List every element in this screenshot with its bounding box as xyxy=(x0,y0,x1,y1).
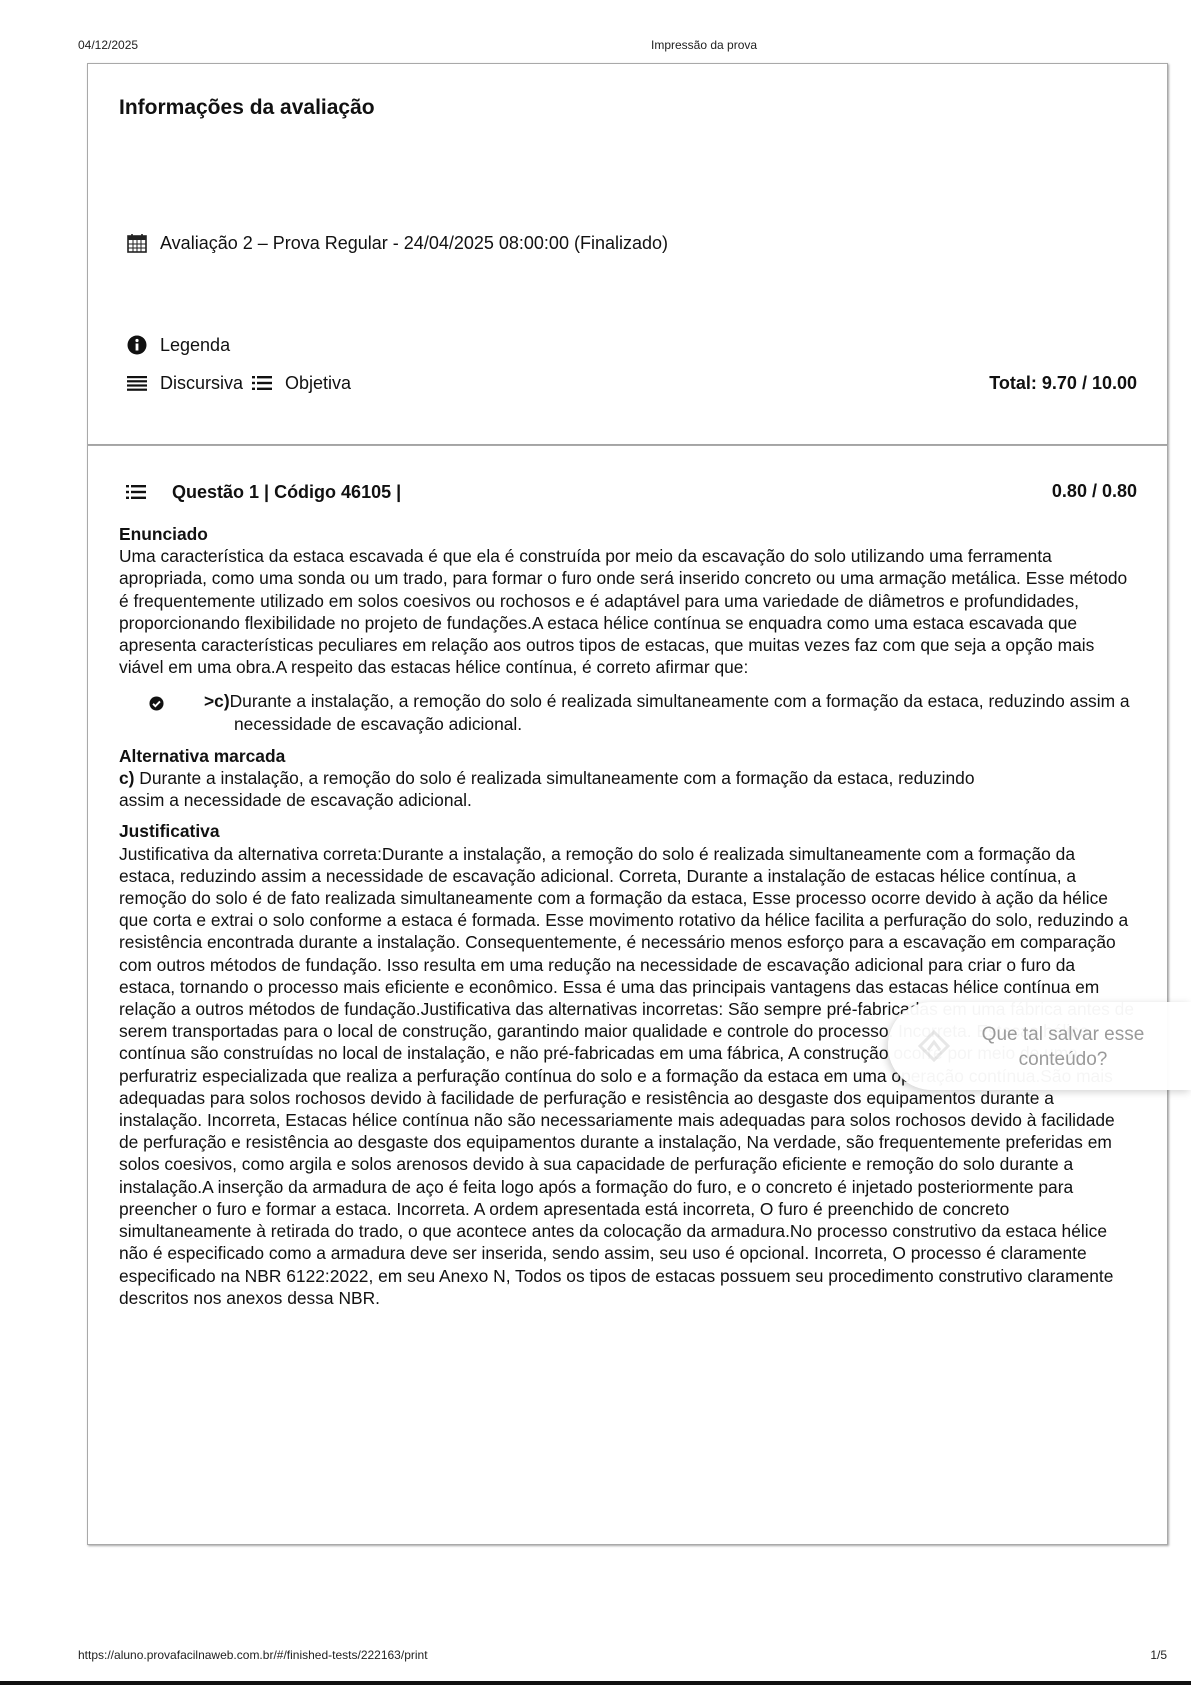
question-body: Enunciado Uma característica da estaca e… xyxy=(119,523,1134,1309)
correct-option-letter: >c) xyxy=(204,691,230,711)
save-content-popup[interactable]: Que tal salvar esse conteúdo? xyxy=(888,1002,1191,1090)
evaluation-row: Avaliação 2 – Prova Regular - 24/04/2025… xyxy=(126,232,668,254)
calendar-icon xyxy=(126,232,148,254)
discursive-icon xyxy=(126,372,148,394)
print-title: Impressão da prova xyxy=(651,38,757,52)
justification-title: Justificativa xyxy=(119,820,1134,842)
print-date: 04/12/2025 xyxy=(78,38,138,52)
evaluation-info-card: Informações da avaliação Avaliação 2 – P… xyxy=(87,63,1168,445)
objective-label: Objetiva xyxy=(285,373,351,394)
legend-label: Legenda xyxy=(160,335,230,356)
question-title: Questão 1 | Código 46105 | xyxy=(172,482,401,503)
print-url: https://aluno.provafacilnaweb.com.br/#/f… xyxy=(78,1648,428,1662)
info-title: Informações da avaliação xyxy=(119,96,375,120)
discursive-label: Discursiva xyxy=(160,373,243,394)
statement-title: Enunciado xyxy=(119,523,1134,545)
correct-option-text: Durante a instalação, a remoção do solo … xyxy=(230,691,1130,733)
question-card: Questão 1 | Código 46105 | 0.80 / 0.80 E… xyxy=(87,445,1168,1545)
correct-option: >c)Durante a instalação, a remoção do so… xyxy=(119,690,1134,734)
bottom-bar xyxy=(0,1681,1191,1685)
legend-row: Legenda xyxy=(126,334,230,356)
objective-list-icon xyxy=(251,372,273,394)
question-types-row: Discursiva Objetiva xyxy=(126,372,351,394)
save-popup-text[interactable]: Que tal salvar esse conteúdo? xyxy=(968,1022,1158,1072)
question-score: 0.80 / 0.80 xyxy=(1052,481,1137,502)
evaluation-text: Avaliação 2 – Prova Regular - 24/04/2025… xyxy=(160,233,668,254)
statement-text: Uma característica da estaca escavada é … xyxy=(119,545,1134,678)
info-icon xyxy=(126,334,148,356)
page-number: 1/5 xyxy=(1150,1648,1167,1662)
marked-answer: c) Durante a instalação, a remoção do so… xyxy=(119,767,979,811)
check-circle-icon xyxy=(149,694,164,716)
save-logo-icon xyxy=(916,1028,952,1064)
objective-list-icon xyxy=(126,481,148,503)
total-score: Total: 9.70 / 10.00 xyxy=(989,373,1137,394)
marked-text: Durante a instalação, a remoção do solo … xyxy=(119,768,975,810)
marked-letter: c) xyxy=(119,768,134,788)
question-header: Questão 1 | Código 46105 | xyxy=(126,481,401,503)
marked-title: Alternativa marcada xyxy=(119,745,1134,767)
